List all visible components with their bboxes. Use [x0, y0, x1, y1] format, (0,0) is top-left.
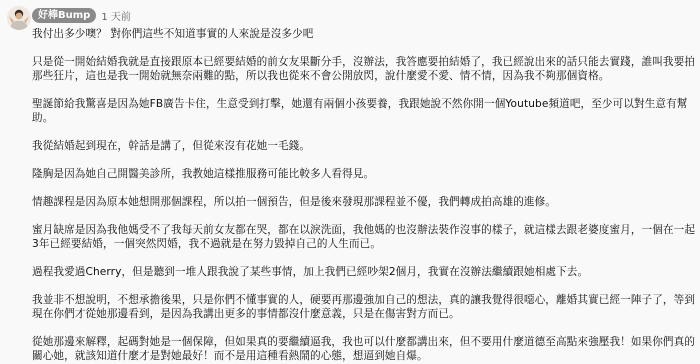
- comment-paragraph: 我付出多少噢？ 對你們這些不知道事實的人來說是沒多少吧: [32, 27, 696, 41]
- comment-paragraph: 從她那邊來解釋，起碼對她是一個保障，但如果真的要繼續逼我，我也可以什麼都講出來，…: [32, 335, 696, 363]
- comment-paragraph: 聖誕節給我驚喜是因為她FB廣告卡住，生意受到打擊，她還有兩個小孩要養，我跟她說不…: [32, 97, 696, 125]
- comment-thread: 好棒Bump 1 天前 我付出多少噢？ 對你們這些不知道事實的人來說是沒多少吧 …: [0, 0, 700, 364]
- comment-paragraph: 我並非不想說明，不想承擔後果，只是你們不懂事實的人，硬要再那邊強加自己的想法，真…: [32, 293, 696, 321]
- comment-paragraph: 情趣課程是因為原本她想開那個課程，所以拍一個預告，但是後來發現那課程並不優，我們…: [32, 195, 696, 209]
- comment-body: 好棒Bump 1 天前 我付出多少噢？ 對你們這些不知道事實的人來說是沒多少吧 …: [32, 7, 696, 363]
- author-name[interactable]: 好棒Bump: [32, 8, 96, 23]
- comment-paragraph: 隆胸是因為她自己開醫美診所，我教她這樣推服務可能比較多人看得見。: [32, 167, 696, 181]
- avatar-person-icon: [7, 6, 31, 30]
- avatar[interactable]: [7, 6, 31, 30]
- comment-paragraph: 只是從一開始結婚我就是直接跟原本已經要結婚的前女友果斷分手，沒辦法，我答應要拍結…: [32, 55, 696, 83]
- comment-timestamp[interactable]: 1 天前: [101, 8, 131, 23]
- comment-header: 好棒Bump 1 天前: [32, 7, 696, 23]
- comment-paragraph: 蜜月缺席是因為我他媽受不了我每天前女友都在哭，都在以淚洗面，我他媽的也沒辦法裝作…: [32, 223, 696, 251]
- comment-paragraph: 過程我愛過Cherry，但是聽到一堆人跟我說了某些事情，加上我們已經吵架2個月，…: [32, 265, 696, 279]
- comment-paragraph: 我從結婚起到現在，幹話是講了，但從來沒有花她一毛錢。: [32, 139, 696, 153]
